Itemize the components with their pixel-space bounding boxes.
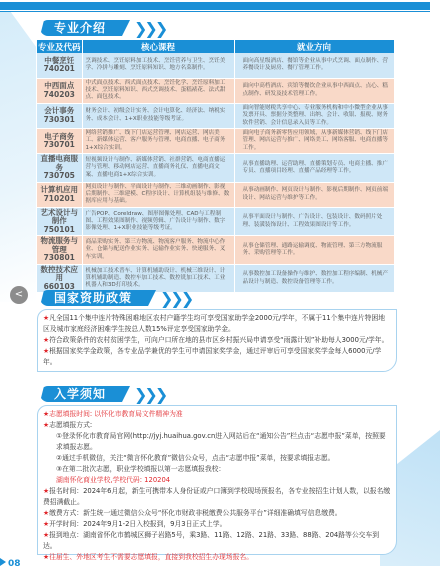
section-title-admission: 入学须知 [40,386,130,402]
major-cell: 中餐烹饪740201 [37,53,82,78]
section-header-aid: 国家资助政策 ❯❯❯ [40,290,191,306]
aid-item-text: 凡全国11个集中连片特殊困难地区农村户籍学生均可享受国家助学金2000元/学年，… [43,314,385,333]
career-cell: 从事平面设计与制作、广告设计、包装设计、数码照片处理、装潢装饰设计、工程效果图设… [234,207,394,236]
column-header-courses: 核心课程 [82,40,234,53]
courses-cell: 财务会计、初级会计实务、会计电算化、经济法、纳税实务、成本会计、1+X职业技能等… [82,103,234,128]
courses-cell: 烹调技术、烹饪原料加工技术、烹饪营养与卫生、烹饪美学、冷拼与雕刻、烹饪原料知识、… [82,53,234,78]
major-cell: 艺术设计与制作750101 [37,207,82,236]
major-name: 数控技术应用 [40,266,79,283]
career-cell: 从事仓储管理、通路运输调度、物流管理、第三方物流服务、采购管理等工作。 [234,236,394,265]
courses-cell: 网络营销推广、线下门店运营管理、网店运营、网店美工、新媒体运营、客户服务与管理、… [82,128,234,153]
aid-item: ★根据国家奖学金政策，各专业品学兼优的学生可申请国家奖学金，通过评审后可享受国家… [43,346,391,368]
courses-cell: 广告POP、Coreldraw、图形图像处理、CAD与工程制图、工程效果图制作、… [82,207,234,236]
major-code: 750101 [40,226,79,235]
career-cell: 从事直播助理、运营助理、直播策划专员、电商主播、推广专员、直播项目经理、直播产品… [234,154,394,183]
page-number: 08 [0,558,21,566]
career-cell: 面向中高档酒店、宾馆等餐饮企业从事中西面点、点心、糕点制作、研发及技术管理工作。 [234,78,394,103]
aid-item-text: 符合政策条件的农村贫困学生，可向户口所在地的县市区乡村振兴局申请享受“雨露计划”… [49,336,388,344]
major-name: 物流服务与管理 [40,237,79,254]
admission-item: ★缴费方式：新生统一通过微信公众号“怀化市财政非税缴费公共服务平台”详细准确填写… [43,508,391,519]
major-code: 710201 [40,195,79,204]
admission-item: ★开学时间：2024年9月1-2日入校报到，9月3日正式上学。 [43,519,391,530]
table-row: 中餐烹饪740201 烹调技术、烹饪原料加工技术、烹饪营养与卫生、烹饪美学、冷拼… [37,53,394,78]
courses-cell: 网页设计与制作、平面设计与制作、三维动画制作、影视后期制作、三维建模、C程序设计… [82,182,234,207]
admission-item: ★报名时间：2024年6月起，新生可携带本人身份证或户口簿到学校现场预报名，各专… [43,486,391,508]
admission-box: ★志愿填报时间: 以怀化市教育局文件精神为准 ★志愿填报方式: ①登录怀化市教育… [37,405,397,555]
table-row: 中西面点740203 中式面点技术、西式面点技术、烹饪化学、烹饪原料加工技术、烹… [37,78,394,103]
table-header-row: 专业及代码 核心课程 就业方向 [37,40,394,53]
major-code: 740201 [40,65,79,74]
school-code: 湖南怀化商业学校,学校代码: 120204 [43,475,391,486]
column-header-major: 专业及代码 [37,40,82,53]
major-code: 730301 [40,116,79,125]
major-cell: 电子商务730701 [37,128,82,153]
left-decoration [0,12,36,302]
career-cell: 面向高星级酒店、餐馆等企业从事中式烹调、面点制作、营养餐设计及厨房、餐厅管理工作… [234,53,394,78]
major-code: 730705 [40,172,79,181]
aid-policy-box: ★凡全国11个集中连片特殊困难地区农村户籍学生均可享受国家助学金2000元/学年… [37,309,397,372]
table-row: 物流服务与管理730801 商品采购实务、第三方物流、物流客户服务、物流中心作业… [37,236,394,265]
majors-table: 专业及代码 核心课程 就业方向 中餐烹饪740201 烹调技术、烹饪原料加工技术… [37,40,395,293]
chevron-right-icon: ❯❯❯ [134,19,165,38]
column-header-career: 就业方向 [234,40,394,53]
major-cell: 直播电商服务730705 [37,154,82,183]
courses-cell: 中式面点技术、西式面点技术、烹饪化学、烹饪原料加工技术、烹饪原料知识、西式烹调技… [82,78,234,103]
table-row: 电子商务730701 网络营销推广、线下门店运营管理、网店运营、网店美工、新媒体… [37,128,394,153]
major-code: 730801 [40,254,79,263]
table-row: 直播电商服务730705 短视频设计与制作、新媒体营销、社群营销、电商直播运营与… [37,154,394,183]
major-cell: 会计事务730301 [37,103,82,128]
volunteer-time: ★志愿填报时间: 以怀化市教育局文件精神为准 [43,409,391,420]
section-title-majors: 专业介绍 [40,20,130,36]
back-button[interactable]: < [10,286,28,304]
career-cell: 面向电子商务新零售应用领域，从事新媒体营销、线下门店管理、网店运营与推广、网络美… [234,128,394,153]
major-cell: 数控技术应用660103 [37,264,82,293]
career-cell: 从事数控加工设备操作与维护、数控加工程序编制、机械产品设计与制造、数控设备管理等… [234,264,394,293]
major-cell: 中西面点740203 [37,78,82,103]
volunteer-method-title: ★志愿填报方式: [43,420,391,431]
top-banner-bar [0,2,430,10]
method-item: ③在第二批次志愿，职业学校填报以第一志愿填报我校： [43,464,391,475]
top-banner-line [0,11,430,12]
career-cell: 从事动画制作、网页设计与制作、影视后期制作、网页前端设计、网站运营与维护等工作。 [234,182,394,207]
chevron-right-icon: ❯❯❯ [134,385,165,404]
aid-item: ★符合政策条件的农村贫困学生，可向户口所在地的县市区乡村振兴局申请享受“雨露计划… [43,335,391,346]
major-name: 直播电商服务 [40,155,79,172]
table-row: 会计事务730301 财务会计、初级会计实务、会计电算化、经济法、纳税实务、成本… [37,103,394,128]
method-item: ①登录怀化市教育局官网(http://jyj.huaihua.gov.cn进入网… [43,431,391,453]
section-header-admission: 入学须知 ❯❯❯ [40,386,165,402]
courses-cell: 短视频设计与制作、新媒体营销、社群营销、电商直播运营与管理、移动网店运营、直播商… [82,154,234,183]
major-code: 740203 [40,91,79,100]
major-code: 730701 [40,141,79,150]
major-name: 艺术设计与制作 [40,209,79,226]
table-row: 数控技术应用660103 机械加工技术普车、计算机辅助设计、机械三维设计、计算机… [37,264,394,293]
table-row: 艺术设计与制作750101 广告POP、Coreldraw、图形图像处理、CAD… [37,207,394,236]
major-cell: 计算机应用710201 [37,182,82,207]
major-cell: 物流服务与管理730801 [37,236,82,265]
aid-item: ★凡全国11个集中连片特殊困难地区农村户籍学生均可享受国家助学金2000元/学年… [43,313,391,335]
courses-cell: 商品采购实务、第三方物流、物流客户服务、物流中心作业、仓储与配送作业实务、运输作… [82,236,234,265]
final-note: ★往届生、外地区考生不需要志愿填报，直接到我校招生办现场报名。 [43,552,391,563]
chevron-left-icon: < [15,289,23,300]
table-row: 计算机应用710201 网页设计与制作、平面设计与制作、三维动画制作、影视后期制… [37,182,394,207]
chevron-right-icon: ❯❯❯ [160,289,191,308]
section-title-aid: 国家资助政策 [40,290,156,306]
section-header-majors: 专业介绍 ❯❯❯ [40,20,165,36]
method-item: ②通过手机微信，关注“微言怀化教育”微信公众号，点击“志愿申报”菜单，按要求填报… [43,453,391,464]
career-cell: 面向智能财税共享中心、专业服务机构和中小微型企业从事发票开具、票据分类整理、出纳… [234,103,394,128]
aid-item-text: 根据国家奖学金政策，各专业品学兼优的学生可申请国家奖学金，通过评审后可享受国家奖… [43,347,381,366]
admission-item: ★报到地点：湖南省怀化市鹤城区狮子岩路5号，乘3路、11路、12路、21路、33… [43,530,391,552]
courses-cell: 机械加工技术普车、计算机辅助设计、机械三维设计、计算机辅助制造、数控车加工技术、… [82,264,234,293]
